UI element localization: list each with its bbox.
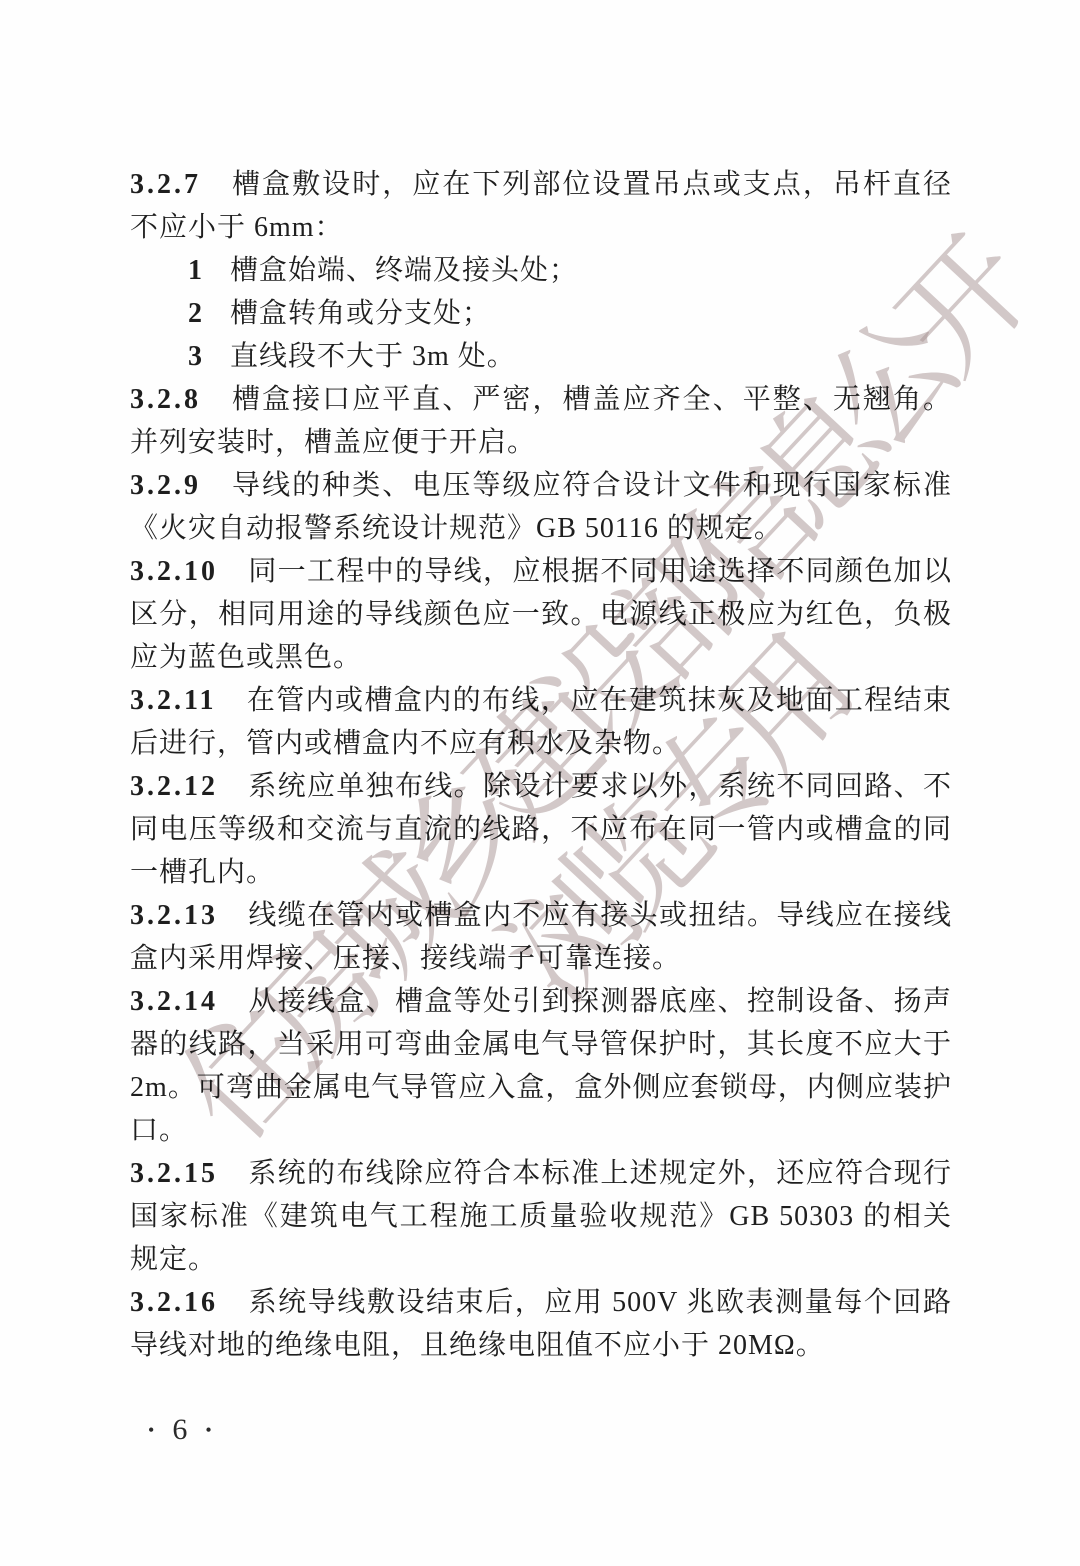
clause-text: 槽盒接口应平直、严密，槽盖应齐全、平整、无翘角。并列安装时，槽盖应便于开启。 — [130, 384, 952, 458]
clause-3-2-9: 3.2.9导线的种类、电压等级应符合设计文件和现行国家标准《火灾自动报警系统设计… — [130, 464, 952, 550]
item-number: 1 — [188, 255, 202, 286]
clause-3-2-15: 3.2.15系统的布线除应符合本标准上述规定外，还应符合现行国家标准《建筑电气工… — [130, 1152, 952, 1281]
clause-3-2-7-item-2: 2槽盒转角或分支处； — [188, 292, 952, 335]
clause-number: 3.2.8 — [130, 384, 201, 415]
clause-3-2-10: 3.2.10同一工程中的导线，应根据不同用途选择不同颜色加以区分，相同用途的导线… — [130, 550, 952, 679]
clause-number: 3.2.10 — [130, 556, 218, 587]
item-number: 2 — [188, 298, 202, 329]
clause-text: 系统导线敷设结束后，应用 500V 兆欧表测量每个回路导线对地的绝缘电阻，且绝缘… — [130, 1287, 952, 1361]
document-page: 3.2.7槽盒敷设时，应在下列部位设置吊点或支点，吊杆直径不应小于 6mm： 1… — [0, 0, 1080, 1566]
footer-left-dot: • — [148, 1416, 154, 1444]
item-number: 3 — [188, 341, 202, 372]
clause-text: 系统应单独布线。除设计要求以外，系统不同回路、不同电压等级和交流与直流的线路，不… — [130, 771, 952, 888]
item-text: 直线段不大于 3m 处。 — [230, 341, 516, 372]
clause-number: 3.2.13 — [130, 900, 218, 931]
page-number: 6 — [172, 1413, 187, 1447]
clause-3-2-13: 3.2.13线缆在管内或槽盒内不应有接头或扭结。导线应在接线盒内采用焊接、压接、… — [130, 894, 952, 980]
clause-number: 3.2.11 — [130, 685, 216, 716]
item-text: 槽盒转角或分支处； — [230, 298, 491, 329]
clause-text: 从接线盒、槽盒等处引到探测器底座、控制设备、扬声器的线路，当采用可弯曲金属电气导… — [130, 986, 952, 1146]
document-body: 3.2.7槽盒敷设时，应在下列部位设置吊点或支点，吊杆直径不应小于 6mm： 1… — [130, 163, 952, 1367]
footer-right-dot: • — [205, 1416, 211, 1444]
clause-3-2-12: 3.2.12系统应单独布线。除设计要求以外，系统不同回路、不同电压等级和交流与直… — [130, 765, 952, 894]
clause-3-2-11: 3.2.11在管内或槽盒内的布线，应在建筑抹灰及地面工程结束后进行，管内或槽盒内… — [130, 679, 952, 765]
clause-number: 3.2.15 — [130, 1158, 218, 1189]
clause-3-2-8: 3.2.8槽盒接口应平直、严密，槽盖应齐全、平整、无翘角。并列安装时，槽盖应便于… — [130, 378, 952, 464]
page-footer: • 6 • — [148, 1413, 212, 1447]
clause-text: 槽盒敷设时，应在下列部位设置吊点或支点，吊杆直径不应小于 6mm： — [130, 169, 952, 243]
item-text: 槽盒始端、终端及接头处； — [230, 255, 578, 286]
clause-text: 线缆在管内或槽盒内不应有接头或扭结。导线应在接线盒内采用焊接、压接、接线端子可靠… — [130, 900, 952, 974]
clause-3-2-7-item-3: 3直线段不大于 3m 处。 — [188, 335, 952, 378]
clause-3-2-7-item-1: 1槽盒始端、终端及接头处； — [188, 249, 952, 292]
clause-number: 3.2.12 — [130, 771, 218, 802]
clause-text: 同一工程中的导线，应根据不同用途选择不同颜色加以区分，相同用途的导线颜色应一致。… — [130, 556, 952, 673]
clause-3-2-7: 3.2.7槽盒敷设时，应在下列部位设置吊点或支点，吊杆直径不应小于 6mm： — [130, 163, 952, 249]
clause-3-2-16: 3.2.16系统导线敷设结束后，应用 500V 兆欧表测量每个回路导线对地的绝缘… — [130, 1281, 952, 1367]
clause-number: 3.2.9 — [130, 470, 201, 501]
clause-number: 3.2.16 — [130, 1287, 218, 1318]
clause-3-2-14: 3.2.14从接线盒、槽盒等处引到探测器底座、控制设备、扬声器的线路，当采用可弯… — [130, 980, 952, 1152]
clause-text: 导线的种类、电压等级应符合设计文件和现行国家标准《火灾自动报警系统设计规范》GB… — [130, 470, 952, 544]
clause-text: 在管内或槽盒内的布线，应在建筑抹灰及地面工程结束后进行，管内或槽盒内不应有积水及… — [130, 685, 952, 759]
clause-text: 系统的布线除应符合本标准上述规定外，还应符合现行国家标准《建筑电气工程施工质量验… — [130, 1158, 952, 1275]
clause-number: 3.2.14 — [130, 986, 218, 1017]
clause-number: 3.2.7 — [130, 169, 201, 200]
